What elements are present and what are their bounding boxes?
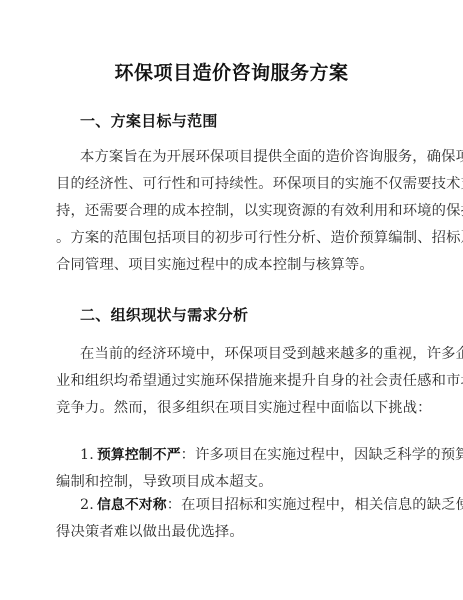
paragraph-line: 合同管理、项目实施过程中的成本控制与核算等。	[56, 252, 418, 279]
document-page: 环保项目造价咨询服务方案 一、方案目标与范围 本方案旨在为开展环保项目提供全面的…	[0, 0, 463, 600]
paragraph-line: 业和组织均希望通过实施环保措施来提升自身的社会责任感和市场	[56, 368, 418, 395]
item-text: 在项目招标和实施过程中，相关信息的缺乏使	[181, 497, 463, 513]
paragraph-status-needs: 在当前的经济环境中，环保项目受到越来越多的重视，许多企 业和组织均希望通过实施环…	[56, 341, 418, 422]
document-title: 环保项目造价咨询服务方案	[0, 58, 463, 85]
list-item-second-line: 得决策者难以做出最优选择。	[56, 519, 418, 546]
item-colon: ：	[181, 447, 195, 463]
section-heading-status-needs: 二、组织现状与需求分析	[80, 304, 248, 325]
item-number: 1.	[80, 447, 94, 463]
paragraph-goals-scope: 本方案旨在为开展环保项目提供全面的造价咨询服务，确保项 目的经济性、可行性和可持…	[56, 144, 418, 279]
paragraph-line: 目的经济性、可行性和可持续性。环保项目的实施不仅需要技术支	[56, 171, 418, 198]
paragraph-line: 。方案的范围包括项目的初步可行性分析、造价预算编制、招标及	[56, 225, 418, 252]
paragraph-line: 竞争力。然而，很多组织在项目实施过程中面临以下挑战：	[56, 395, 418, 422]
section-heading-goals-scope: 一、方案目标与范围	[80, 110, 218, 131]
item-term: 预算控制不严	[97, 447, 181, 463]
item-number: 2.	[80, 497, 94, 513]
paragraph-line: 本方案旨在为开展环保项目提供全面的造价咨询服务，确保项	[56, 144, 418, 171]
paragraph-line: 持，还需要合理的成本控制，以实现资源的有效利用和环境的保护	[56, 198, 418, 225]
challenge-item-information-asymmetry: 2. 信息不对称：在项目招标和实施过程中，相关信息的缺乏使 得决策者难以做出最优…	[56, 492, 418, 546]
paragraph-line: 在当前的经济环境中，环保项目受到越来越多的重视，许多企	[56, 341, 418, 368]
challenge-item-budget-control: 1. 预算控制不严：许多项目在实施过程中，因缺乏科学的预算 编制和控制，导致项目…	[56, 442, 418, 496]
item-text: 许多项目在实施过程中，因缺乏科学的预算	[195, 447, 463, 463]
item-colon: ：	[167, 497, 181, 513]
list-item-first-line: 2. 信息不对称：在项目招标和实施过程中，相关信息的缺乏使	[56, 492, 418, 519]
item-term: 信息不对称	[97, 497, 167, 513]
list-item-first-line: 1. 预算控制不严：许多项目在实施过程中，因缺乏科学的预算	[56, 442, 418, 469]
